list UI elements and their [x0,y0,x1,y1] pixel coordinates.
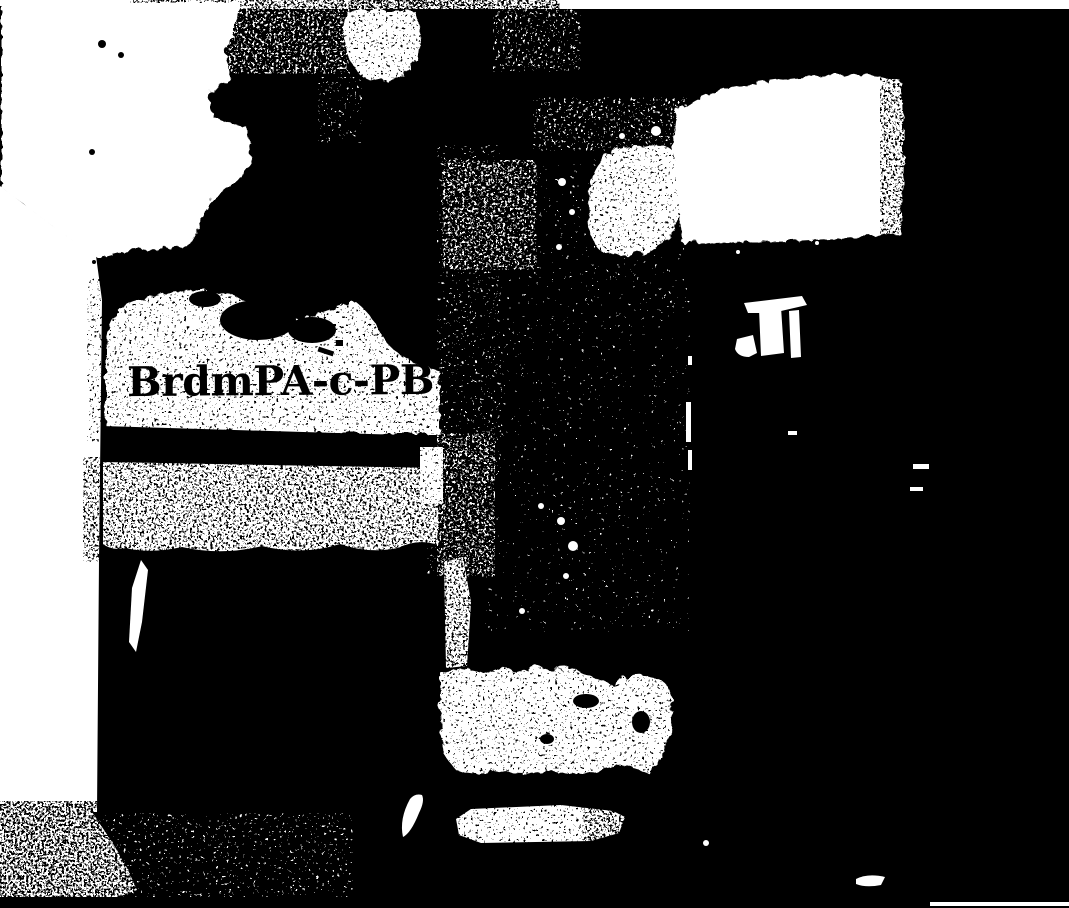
left-bottle-label-text: BrdmPA-c-PB [127,360,434,403]
middle-vial-highlights [402,100,709,848]
photo-shapes-svg [0,0,1069,908]
right-bottle-label [672,73,903,242]
binarized-photo: BrdmPA-c-PB [0,0,1069,908]
